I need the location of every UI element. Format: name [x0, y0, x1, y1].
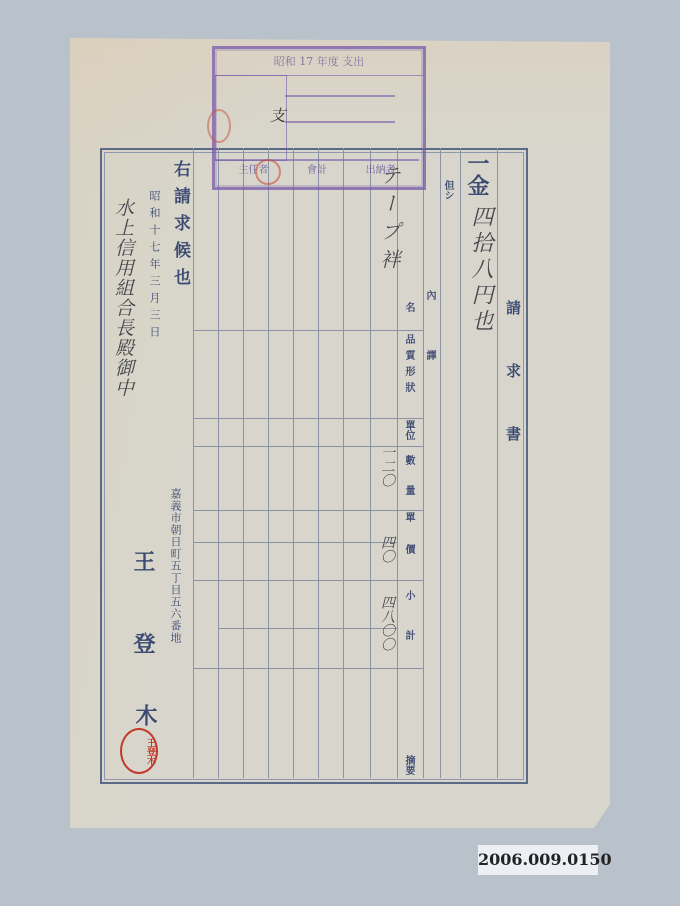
proviso-label: 但シ [440, 180, 455, 200]
issuer-name-char: 王 [128, 550, 159, 572]
issuer-seal: 王登木 [120, 728, 158, 774]
header-item-name: 名 [401, 302, 416, 312]
grid-line [193, 148, 194, 778]
grid-row-line [193, 510, 423, 511]
grid-row-line [193, 330, 423, 331]
grid-line [370, 148, 371, 778]
header-subtotal: 小計 [401, 590, 416, 670]
header-unit: 單位 [401, 420, 416, 440]
document-title-char: 請 [504, 300, 522, 363]
header-quantity: 數量 [401, 455, 416, 515]
seal-mark [207, 109, 231, 143]
stamp-line [285, 95, 395, 97]
issuer-name-char: 木 [130, 704, 161, 726]
grid-row-line [193, 580, 423, 581]
header-quality-shape: 品質形狀 [401, 334, 416, 398]
grid-row-line [218, 628, 397, 629]
grid-row-line [193, 418, 423, 419]
grid-row-line [193, 668, 423, 669]
grid-line [318, 148, 319, 778]
grid-line [243, 148, 244, 778]
item-quantity: 一二〇 [377, 445, 397, 487]
approval-stamp: 昭和 17 年度 支出 主任者 會計 出納者 支 [212, 46, 426, 190]
document-title-char: 書 [504, 426, 522, 489]
stamp-label-accounting: 會計 [307, 161, 327, 181]
catalog-number-label: 2006.009.0150 [478, 845, 598, 875]
breakdown-label-2: 譯 [422, 350, 437, 360]
issuer-address: 嘉義市朝日町五丁目五六番地 [167, 488, 183, 644]
breakdown-label-1: 內 [422, 290, 437, 300]
grid-line [343, 148, 344, 778]
grid-line [218, 148, 219, 778]
item-unit-price: 四〇 [377, 535, 397, 563]
grid-row-line [193, 542, 397, 543]
amount-handwritten: 四拾八円也 [465, 205, 496, 335]
item-subtotal: 四八〇〇 [377, 595, 397, 651]
grid-line [497, 148, 498, 778]
amount-prefix: 一金 [462, 152, 493, 196]
grid-line [293, 148, 294, 778]
seal-mark [255, 159, 281, 185]
document-title-char: 求 [504, 363, 522, 426]
recipient-handwritten: 水上信用組合長殿御中 [110, 198, 137, 398]
closing-text: 右請求候也 [168, 160, 193, 295]
stamp-label-cashier: 出納者 [366, 161, 396, 181]
stamp-line [285, 121, 395, 123]
issuer-name-char: 登 [128, 632, 159, 654]
form-frame [100, 148, 528, 784]
stamp-header: 昭和 17 年度 支出 [215, 49, 423, 76]
grid-line [460, 148, 461, 778]
stamp-handwritten-mark: 支 [265, 107, 288, 123]
document-date: 昭和十七年三月三日 [146, 190, 162, 343]
grid-line [423, 148, 424, 778]
header-unit-price: 單價 [401, 512, 416, 576]
grid-line [440, 148, 441, 778]
grid-line [268, 148, 269, 778]
header-remarks: 摘要 [401, 755, 416, 775]
